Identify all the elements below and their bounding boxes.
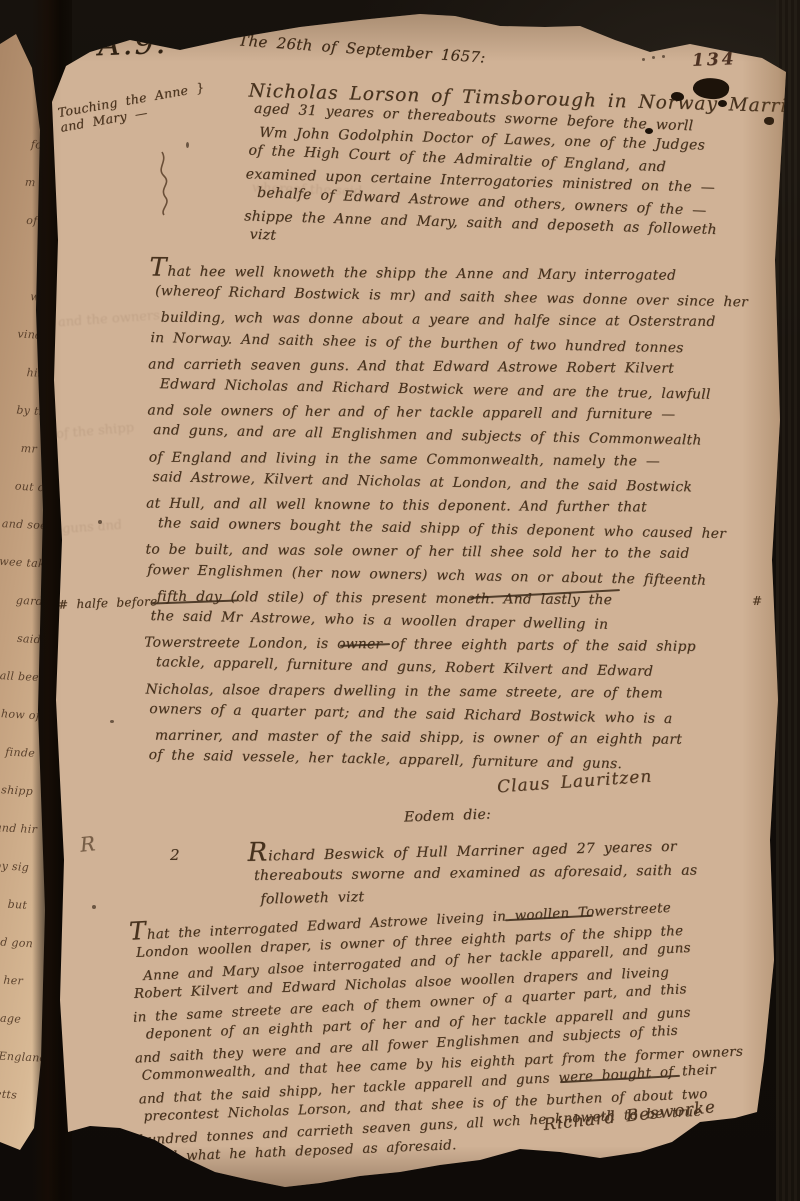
ink-speck <box>92 905 96 909</box>
eodem-die-heading: Eodem die: <box>404 806 492 825</box>
deposition1-body: That hee well knoweth the shipp the Anne… <box>142 258 781 778</box>
ink-blot <box>718 100 727 107</box>
ink-speck <box>652 56 655 59</box>
ink-blot <box>699 40 705 45</box>
ink-blot <box>645 128 653 134</box>
archive-classmark: A.9: <box>97 25 169 63</box>
paraph-flourish <box>148 148 178 218</box>
adjacent-text-fragment: by sig <box>0 846 30 887</box>
adjacent-text-fragment: ll Setts <box>0 1074 18 1115</box>
ink-blot <box>671 92 684 101</box>
deposition2-number: 2 <box>170 846 180 864</box>
manuscript-page: A.9: 134 The 26th of September 1657: Tou… <box>0 0 800 1201</box>
insertion-hash-mark: # <box>752 594 762 608</box>
adjacent-text-fragment: voyage <box>0 998 22 1039</box>
date-heading: The 26th of September 1657: <box>238 31 486 66</box>
adjacent-text-fragment: shipp <box>0 770 34 811</box>
ink-blot <box>764 117 774 125</box>
adjacent-text-fragment: but <box>0 884 28 924</box>
margin-note-half-before: # halfe before <box>58 594 158 611</box>
deposition1-opening: Nicholas Lorson of Timsborough in Norway… <box>243 79 774 265</box>
ink-speck <box>98 520 102 524</box>
margin-flourish-mark: R <box>79 831 97 856</box>
adjacent-text-fragment: good gon <box>0 922 26 963</box>
adjacent-text-fragment: shy her <box>0 960 24 1000</box>
adjacent-text-fragment: to England <box>0 1036 20 1076</box>
adjacent-text-fragment: finde <box>0 733 36 773</box>
bleedthrough-text: guns and <box>60 518 123 537</box>
bleedthrough-text: and the owners <box>57 309 162 331</box>
ink-speck <box>186 142 189 148</box>
adjacent-text-fragment: and hir <box>0 809 32 849</box>
manuscript-photo: andfullfor hism theyof andsaidwhatvind a… <box>0 0 800 1201</box>
folio-number: 134 <box>692 49 737 71</box>
ink-speck <box>642 58 645 61</box>
margin-note-ship-name: Touching the Anne } and Mary — <box>57 79 210 135</box>
deposition2-body: That the interrogated Edward Astrowe liv… <box>129 891 788 1170</box>
ink-speck <box>662 55 665 58</box>
bleedthrough-text: of the shipp <box>54 421 135 443</box>
ink-speck <box>110 720 114 723</box>
